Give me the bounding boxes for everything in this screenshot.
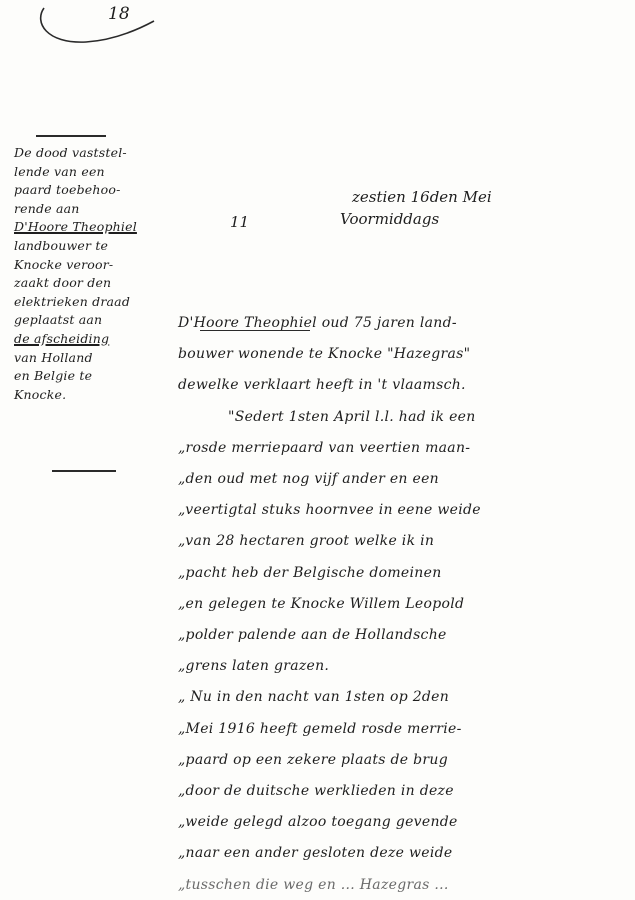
entry-date-line: zestien 16den Mei [352,186,492,208]
statement-line: „grens laten grazen. [178,651,628,682]
entry-number: 11 [230,213,249,231]
margin-note-line: lende van een [14,163,214,182]
statement-line: „weide gelegd alzoo toegang gevende [178,807,628,838]
margin-note-line: paard toebehoo- [14,181,214,200]
statement-line: „ Nu in den nacht van 1sten op 2den [178,682,628,713]
statement-body: D'Hoore Theophiel oud 75 jaren land- bou… [178,308,628,900]
margin-note-line: zaakt door den [14,274,214,293]
statement-line: "Sedert 1sten April l.l. had ik een [178,402,628,433]
margin-note-line: landbouwer te [14,237,214,256]
statement-line: „van 28 hectaren groot welke ik in [178,526,628,557]
statement-line: „rosde merriepaard van veertien maan- [178,433,628,464]
margin-bottom-rule [52,470,116,472]
statement-line: dewelke verklaart heeft in 't vlaamsch. [178,370,628,401]
statement-line: „pacht heb der Belgische domeinen [178,558,628,589]
statement-line: „tusschen die weg en ... Hazegras ... [178,870,628,900]
statement-line: „paard op een zekere plaats de brug [178,745,628,776]
statement-line: „polder palende aan de Hollandsche [178,620,628,651]
document-page: 18 De dood vaststel- lende van een paard… [0,0,635,900]
margin-note-line: Knocke veroor- [14,256,214,275]
entry-time-of-day: Voormiddags [340,208,492,230]
statement-line: „veertigtal stuks hoornvee in eene weide [178,495,628,526]
statement-line: „den oud met nog vijf ander en een [178,464,628,495]
statement-line: D'Hoore Theophiel oud 75 jaren land- [178,308,628,339]
margin-top-rule [36,135,106,137]
page-number: 18 [108,4,130,24]
margin-note-line: D'Hoore Theophiel [14,218,214,237]
statement-line: „en gelegen te Knocke Willem Leopold [178,589,628,620]
statement-line: „door de duitsche werklieden in deze [178,776,628,807]
statement-line: „Mei 1916 heeft gemeld rosde merrie- [178,714,628,745]
name-underline [200,330,310,331]
page-number-mark: 18 [36,2,156,46]
margin-note-line: rende aan [14,200,214,219]
margin-note-line: De dood vaststel- [14,144,214,163]
entry-date: zestien 16den Mei Voormiddags [352,186,492,230]
statement-line: „naar een ander gesloten deze weide [178,838,628,869]
page-number-swoosh-icon [36,2,156,46]
statement-line: bouwer wonende te Knocke "Hazegras" [178,339,628,370]
